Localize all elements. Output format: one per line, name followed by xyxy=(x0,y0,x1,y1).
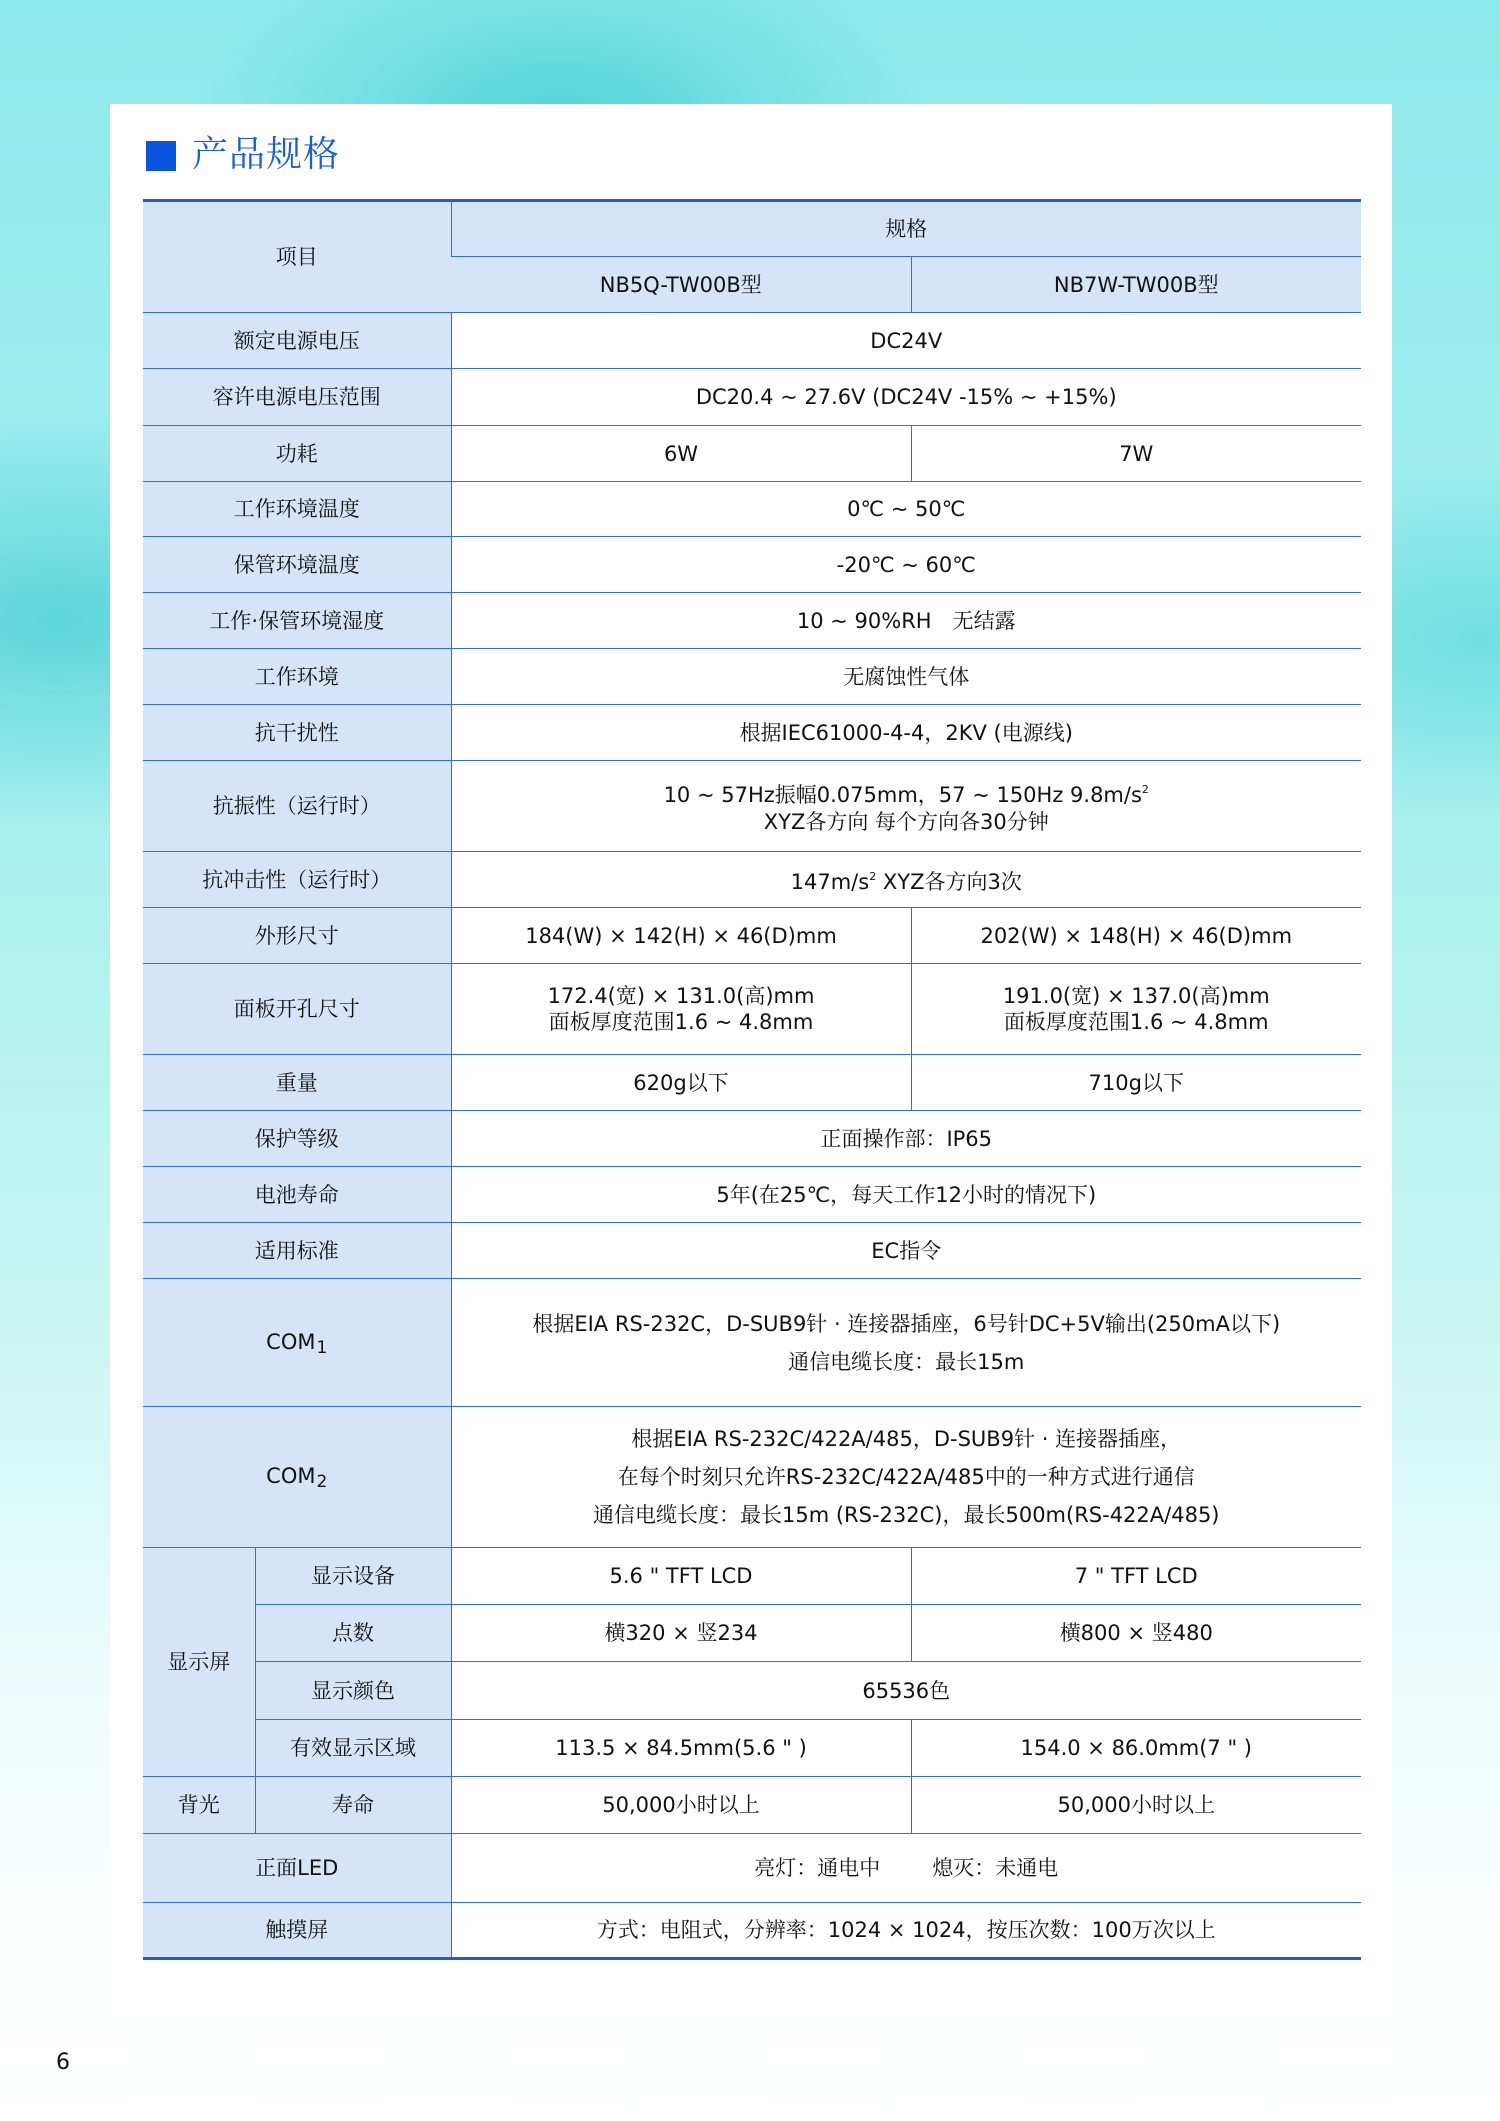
value-line: 面板厚度范围1.6 ~ 4.8mm xyxy=(912,1009,1362,1035)
row-value-b: 710g以下 xyxy=(911,1055,1361,1111)
table-row: 抗冲击性（运行时） 147m/s2 XYZ各方向3次 xyxy=(143,852,1361,908)
row-value-b: 横800 × 竖480 xyxy=(911,1605,1361,1662)
row-label: 保护等级 xyxy=(143,1111,451,1167)
row-value-a: 5.6 " TFT LCD xyxy=(451,1548,911,1605)
label-subscript: 1 xyxy=(316,1338,327,1358)
value-line: 面板厚度范围1.6 ~ 4.8mm xyxy=(452,1009,911,1035)
row-value: EC指令 xyxy=(451,1223,1361,1279)
value-line: 172.4(宽) × 131.0(高)mm xyxy=(452,983,911,1009)
page-number: 6 xyxy=(56,2050,70,2075)
row-label: 面板开孔尺寸 xyxy=(143,964,451,1055)
value-text: XYZ各方向3次 xyxy=(876,870,1022,894)
label-text: COM xyxy=(266,1464,315,1488)
superscript: 2 xyxy=(1142,783,1149,796)
table-row: 显示颜色 65536色 xyxy=(143,1662,1361,1720)
table-row: 显示屏 显示设备 5.6 " TFT LCD 7 " TFT LCD xyxy=(143,1548,1361,1605)
led-on-text: 亮灯：通电中 xyxy=(754,1856,880,1880)
table-row: 抗干扰性 根据IEC61000-4-4，2KV (电源线) xyxy=(143,705,1361,761)
label-text: COM xyxy=(266,1330,315,1354)
row-label: 容许电源电压范围 xyxy=(143,369,451,426)
row-label: 功耗 xyxy=(143,426,451,482)
table-row: 保护等级 正面操作部：IP65 xyxy=(143,1111,1361,1167)
row-label: 外形尺寸 xyxy=(143,908,451,964)
row-value: 方式：电阻式，分辨率：1024 × 1024，按压次数：100万次以上 xyxy=(451,1903,1361,1959)
value-line: 191.0(宽) × 137.0(高)mm xyxy=(912,983,1362,1009)
table-row: 适用标准 EC指令 xyxy=(143,1223,1361,1279)
row-value: 无腐蚀性气体 xyxy=(451,649,1361,705)
table-row: 点数 横320 × 竖234 横800 × 竖480 xyxy=(143,1605,1361,1662)
row-value-b: 50,000小时以上 xyxy=(911,1777,1361,1834)
row-value: 5年(在25℃，每天工作12小时的情况下) xyxy=(451,1167,1361,1223)
value-line: XYZ各方向 每个方向各30分钟 xyxy=(452,809,1362,836)
table-row: 外形尺寸 184(W) × 142(H) × 46(D)mm 202(W) × … xyxy=(143,908,1361,964)
row-label: 有效显示区域 xyxy=(255,1720,451,1777)
row-label: 工作·保管环境湿度 xyxy=(143,593,451,649)
table-row: 工作·保管环境湿度 10 ~ 90%RH 无结露 xyxy=(143,593,1361,649)
row-label: 适用标准 xyxy=(143,1223,451,1279)
row-label: COM2 xyxy=(143,1407,451,1548)
table-row: 保管环境温度 -20℃ ~ 60℃ xyxy=(143,537,1361,593)
table-row: 工作环境 无腐蚀性气体 xyxy=(143,649,1361,705)
row-value: 根据EIA RS-232C/422A/485，D-SUB9针 · 连接器插座， … xyxy=(451,1407,1361,1548)
value-line: 根据EIA RS-232C，D-SUB9针 · 连接器插座，6号针DC+5V输出… xyxy=(452,1305,1362,1343)
row-label: COM1 xyxy=(143,1279,451,1407)
row-label: 显示颜色 xyxy=(255,1662,451,1720)
table-row: 面板开孔尺寸 172.4(宽) × 131.0(高)mm 面板厚度范围1.6 ~… xyxy=(143,964,1361,1055)
group-label-display: 显示屏 xyxy=(143,1548,255,1777)
row-value: 亮灯：通电中熄灭：未通电 xyxy=(451,1834,1361,1903)
row-label: 正面LED xyxy=(143,1834,451,1903)
row-value: DC24V xyxy=(451,313,1361,369)
row-value-b: 191.0(宽) × 137.0(高)mm 面板厚度范围1.6 ~ 4.8mm xyxy=(911,964,1361,1055)
row-label: 额定电源电压 xyxy=(143,313,451,369)
value-line: 在每个时刻只允许RS-232C/422A/485中的一种方式进行通信 xyxy=(452,1458,1362,1496)
row-label: 保管环境温度 xyxy=(143,537,451,593)
row-value-a: 113.5 × 84.5mm(5.6 " ) xyxy=(451,1720,911,1777)
header-model-b: NB7W-TW00B型 xyxy=(911,257,1361,313)
table-row: 背光 寿命 50,000小时以上 50,000小时以上 xyxy=(143,1777,1361,1834)
row-value-a: 184(W) × 142(H) × 46(D)mm xyxy=(451,908,911,964)
row-label: 触摸屏 xyxy=(143,1903,451,1959)
row-value: 0℃ ~ 50℃ xyxy=(451,482,1361,537)
header-row: 项目 规格 xyxy=(143,201,1361,257)
table-row: 触摸屏 方式：电阻式，分辨率：1024 × 1024，按压次数：100万次以上 xyxy=(143,1903,1361,1959)
row-label: 电池寿命 xyxy=(143,1167,451,1223)
row-value: 10 ~ 57Hz振幅0.075mm，57 ~ 150Hz 9.8m/s2 XY… xyxy=(451,761,1361,852)
row-value: 65536色 xyxy=(451,1662,1361,1720)
value-text: 147m/s xyxy=(791,870,870,894)
section-marker-icon xyxy=(146,141,176,171)
spec-table: 项目 规格 NB5Q-TW00B型 NB7W-TW00B型 额定电源电压 DC2… xyxy=(143,199,1361,1960)
group-label-backlight: 背光 xyxy=(143,1777,255,1834)
value-line: 通信电缆长度：最长15m (RS-232C)，最长500m(RS-422A/48… xyxy=(452,1496,1362,1534)
row-label: 寿命 xyxy=(255,1777,451,1834)
row-value-a: 620g以下 xyxy=(451,1055,911,1111)
row-value: 正面操作部：IP65 xyxy=(451,1111,1361,1167)
row-value: 147m/s2 XYZ各方向3次 xyxy=(451,852,1361,908)
row-value: -20℃ ~ 60℃ xyxy=(451,537,1361,593)
row-label: 工作环境温度 xyxy=(143,482,451,537)
row-value: 根据EIA RS-232C，D-SUB9针 · 连接器插座，6号针DC+5V输出… xyxy=(451,1279,1361,1407)
row-label: 抗冲击性（运行时） xyxy=(143,852,451,908)
table-row: 重量 620g以下 710g以下 xyxy=(143,1055,1361,1111)
table-row: COM2 根据EIA RS-232C/422A/485，D-SUB9针 · 连接… xyxy=(143,1407,1361,1548)
value-line: 10 ~ 57Hz振幅0.075mm，57 ~ 150Hz 9.8m/s2 xyxy=(452,776,1362,809)
row-value-b: 154.0 × 86.0mm(7 " ) xyxy=(911,1720,1361,1777)
row-value-a: 50,000小时以上 xyxy=(451,1777,911,1834)
table-row: 功耗 6W 7W xyxy=(143,426,1361,482)
table-row: 正面LED 亮灯：通电中熄灭：未通电 xyxy=(143,1834,1361,1903)
row-label: 点数 xyxy=(255,1605,451,1662)
header-model-a: NB5Q-TW00B型 xyxy=(451,257,911,313)
row-value-b: 7 " TFT LCD xyxy=(911,1548,1361,1605)
table-row: 工作环境温度 0℃ ~ 50℃ xyxy=(143,482,1361,537)
row-value: 根据IEC61000-4-4，2KV (电源线) xyxy=(451,705,1361,761)
table-row: 额定电源电压 DC24V xyxy=(143,313,1361,369)
row-value: DC20.4 ~ 27.6V (DC24V -15% ~ +15%) xyxy=(451,369,1361,426)
row-label: 重量 xyxy=(143,1055,451,1111)
value-text: 10 ~ 57Hz振幅0.075mm，57 ~ 150Hz 9.8m/s xyxy=(664,783,1142,807)
value-line: 通信电缆长度：最长15m xyxy=(452,1343,1362,1381)
row-value-b: 7W xyxy=(911,426,1361,482)
table-row: 电池寿命 5年(在25℃，每天工作12小时的情况下) xyxy=(143,1167,1361,1223)
row-value-a: 6W xyxy=(451,426,911,482)
row-value-a: 横320 × 竖234 xyxy=(451,1605,911,1662)
table-row: 抗振性（运行时） 10 ~ 57Hz振幅0.075mm，57 ~ 150Hz 9… xyxy=(143,761,1361,852)
led-off-text: 熄灭：未通电 xyxy=(932,1856,1058,1880)
row-label: 抗振性（运行时） xyxy=(143,761,451,852)
row-value-b: 202(W) × 148(H) × 46(D)mm xyxy=(911,908,1361,964)
table-row: 有效显示区域 113.5 × 84.5mm(5.6 " ) 154.0 × 86… xyxy=(143,1720,1361,1777)
section-title: 产品规格 xyxy=(192,132,340,178)
value-line: 根据EIA RS-232C/422A/485，D-SUB9针 · 连接器插座， xyxy=(452,1420,1362,1458)
row-label: 显示设备 xyxy=(255,1548,451,1605)
row-label: 工作环境 xyxy=(143,649,451,705)
header-item: 项目 xyxy=(143,201,451,313)
header-spec: 规格 xyxy=(451,201,1361,257)
row-value: 10 ~ 90%RH 无结露 xyxy=(451,593,1361,649)
label-subscript: 2 xyxy=(316,1472,327,1492)
table-row: 容许电源电压范围 DC20.4 ~ 27.6V (DC24V -15% ~ +1… xyxy=(143,369,1361,426)
row-label: 抗干扰性 xyxy=(143,705,451,761)
table-row: COM1 根据EIA RS-232C，D-SUB9针 · 连接器插座，6号针DC… xyxy=(143,1279,1361,1407)
row-value-a: 172.4(宽) × 131.0(高)mm 面板厚度范围1.6 ~ 4.8mm xyxy=(451,964,911,1055)
